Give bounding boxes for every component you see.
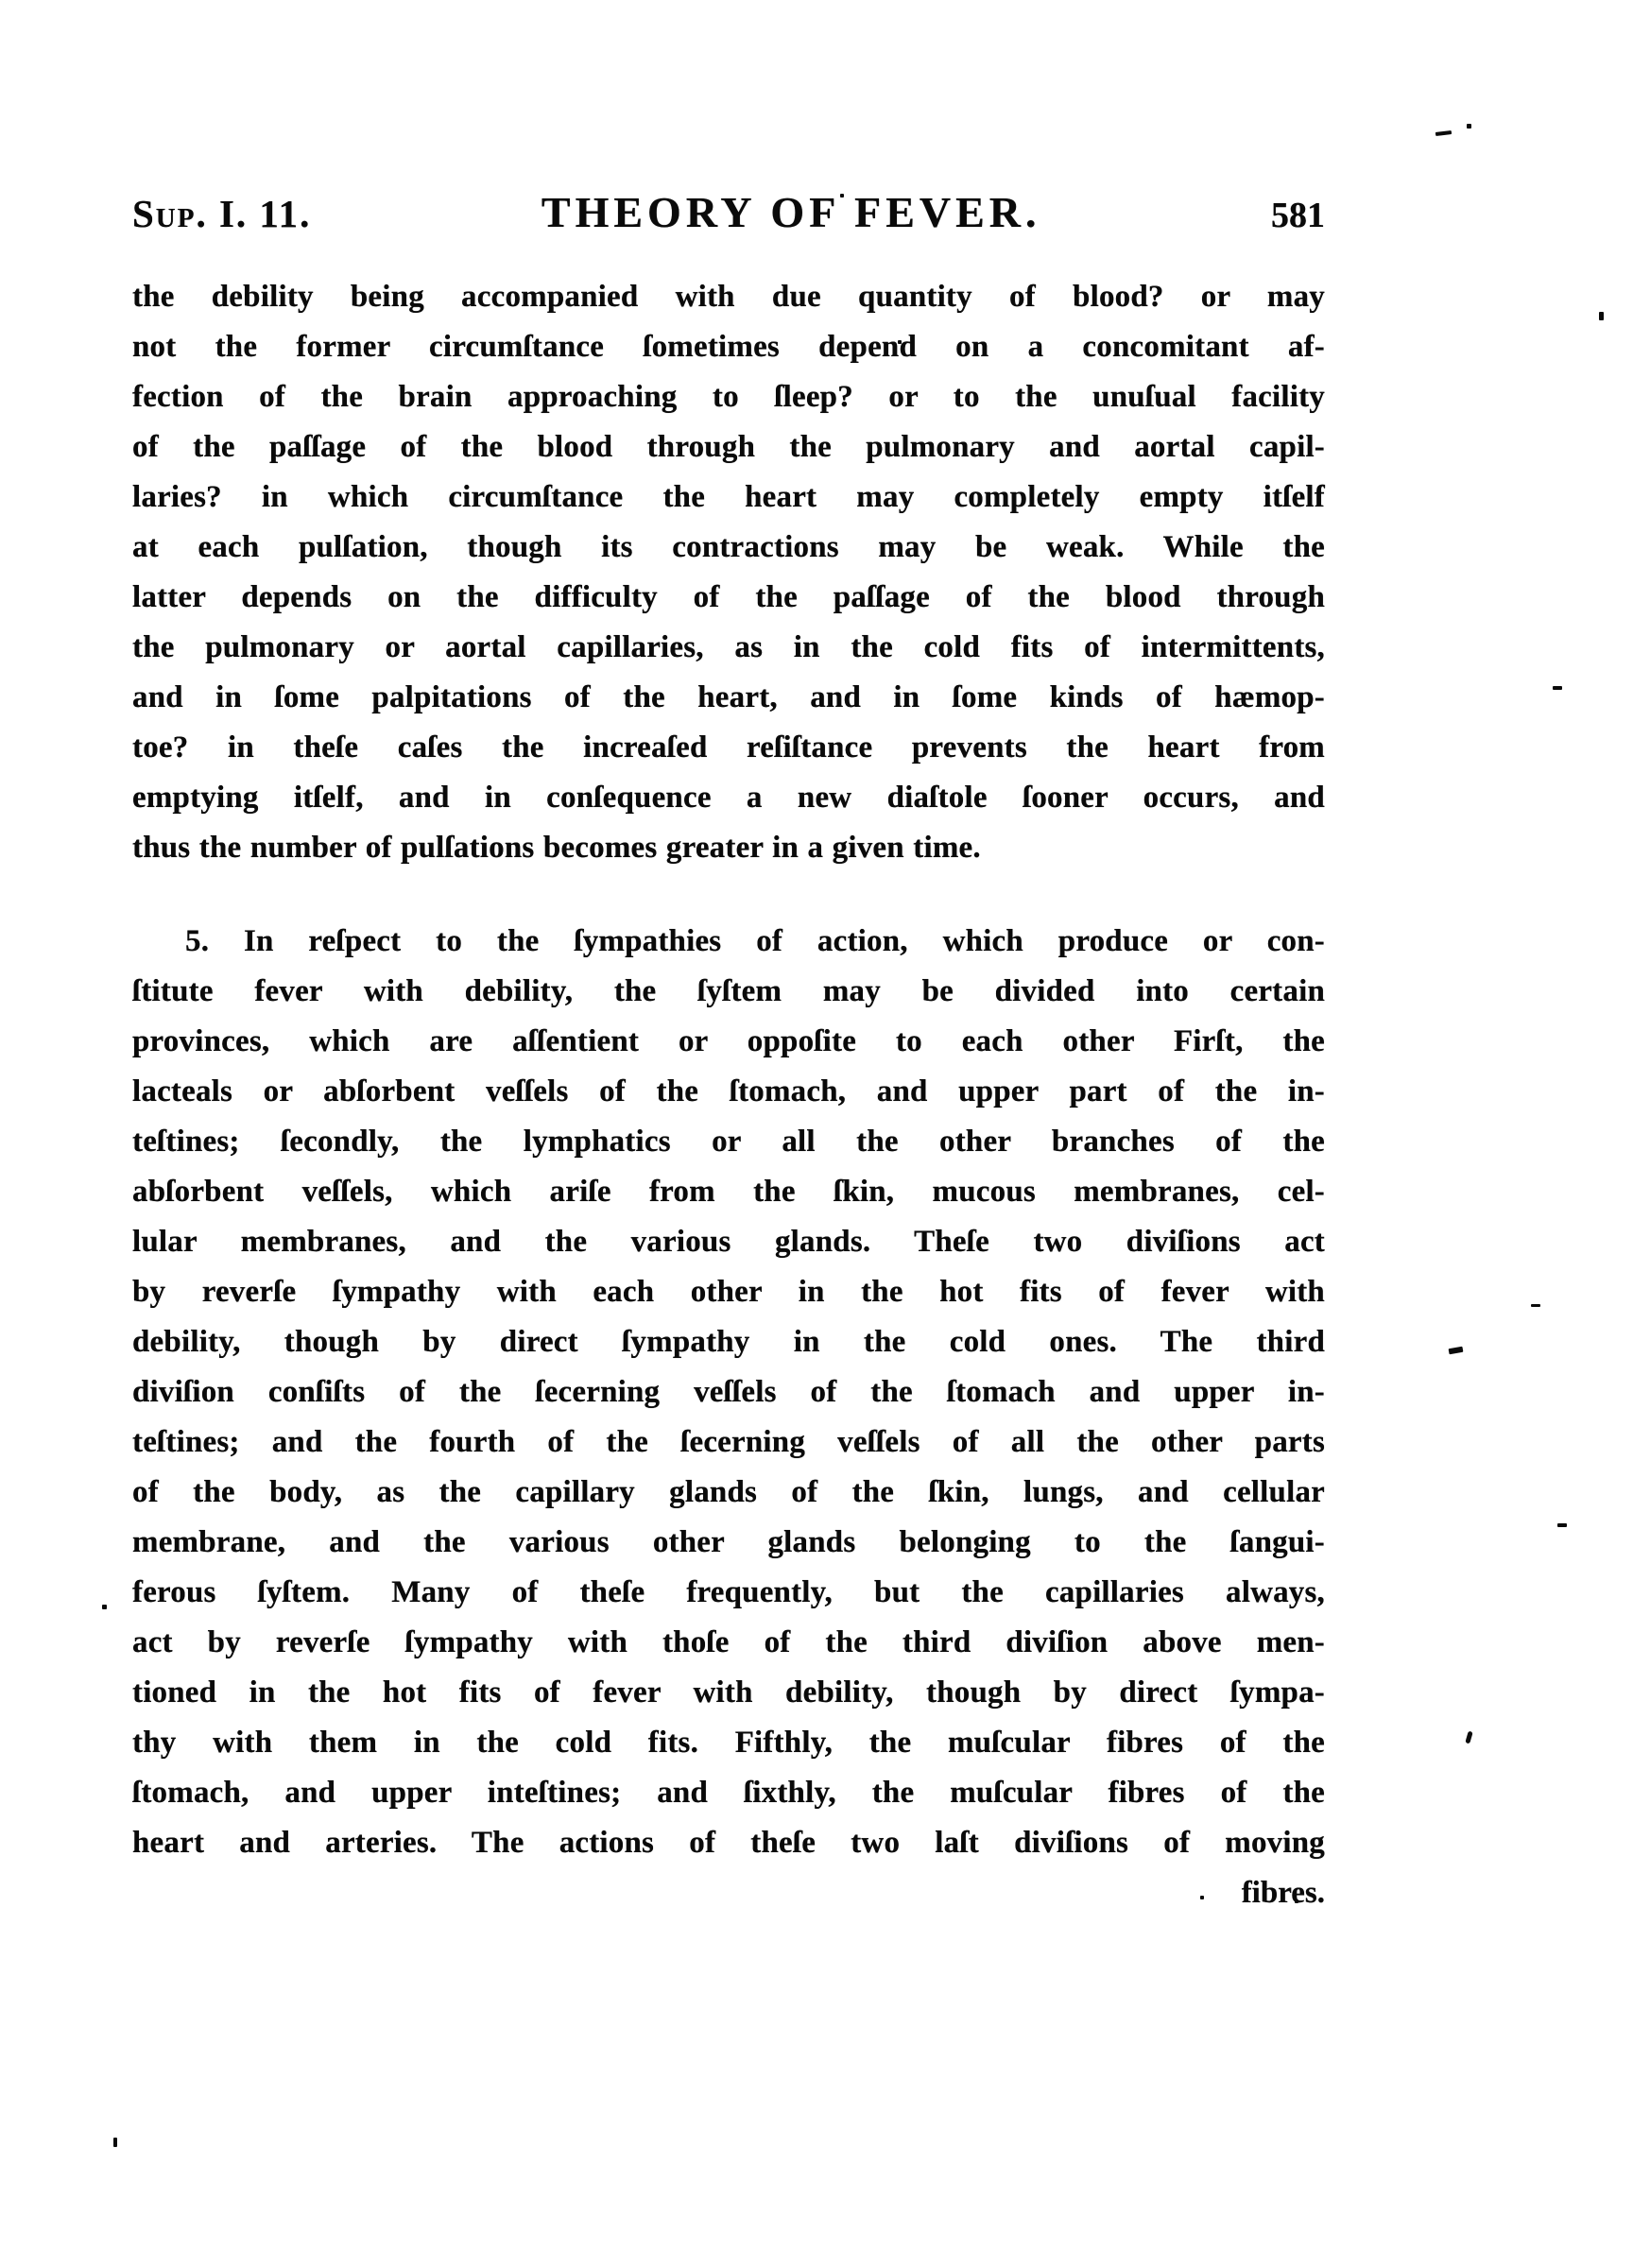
text-line: abſorbent veſſels, which ariſe from the … [132, 1167, 1325, 1217]
scan-artifact [1557, 1523, 1567, 1527]
text-line: teſtines; ſecondly, the lymphatics or al… [132, 1117, 1325, 1167]
page-title: THEORY OF FEVER. [311, 187, 1271, 237]
text-line: heart and arteries. The actions of theſe… [132, 1818, 1325, 1868]
text-line: of the body, as the capillary glands of … [132, 1468, 1325, 1518]
text-line: thus the number of pulſations becomes gr… [132, 823, 1325, 873]
scan-artifact [1465, 1731, 1472, 1744]
text-line: fection of the brain approaching to ſlee… [132, 372, 1325, 422]
text-line: tioned in the hot fits of fever with deb… [132, 1668, 1325, 1718]
scan-artifact [1553, 686, 1562, 690]
body-paragraph-2: 5. In reſpect to the ſympathies of actio… [132, 917, 1325, 1868]
scan-artifact [1200, 1896, 1204, 1899]
text-line: membrane, and the various other glands b… [132, 1518, 1325, 1568]
text-line: provinces, which are aſſentient or oppoſ… [132, 1017, 1325, 1067]
text-line: not the former circumſtance ſometimes de… [132, 322, 1325, 372]
text-line: latter depends on the difficulty of the … [132, 573, 1325, 623]
scan-artifact [1295, 1899, 1298, 1903]
text-line: lular membranes, and the various glands.… [132, 1217, 1325, 1267]
book-page-scan: Sup. I. 11. THEORY OF FEVER. 581 the deb… [0, 0, 1633, 2268]
scan-artifact [840, 194, 844, 198]
text-line: emptying itſelf, and in conſequence a ne… [132, 773, 1325, 823]
text-line: ſtomach, and upper inteſtines; and ſixth… [132, 1768, 1325, 1818]
catchword: fibres. [132, 1868, 1325, 1918]
scan-artifact [102, 1605, 107, 1609]
text-line: toe? in theſe caſes the increaſed reſiſt… [132, 723, 1325, 773]
text-line: teſtines; and the fourth of the ſecernin… [132, 1417, 1325, 1468]
text-line: ferous ſyſtem. Many of theſe frequently,… [132, 1568, 1325, 1618]
scan-artifact [1449, 1347, 1464, 1355]
text-line: at each pulſation, though its contractio… [132, 523, 1325, 573]
scan-artifact [898, 340, 902, 344]
text-line: by reverſe ſympathy with each other in t… [132, 1267, 1325, 1317]
text-line: of the paſſage of the blood through the … [132, 422, 1325, 472]
scan-artifact [1531, 1304, 1540, 1307]
text-line: laries? in which circumſtance the heart … [132, 472, 1325, 523]
text-line: the debility being accompanied with due … [132, 272, 1325, 322]
text-line: act by reverſe ſympathy with thoſe of th… [132, 1618, 1325, 1668]
header-page-number: 581 [1271, 195, 1325, 236]
text-line: the pulmonary or aortal capillaries, as … [132, 623, 1325, 673]
text-line: lacteals or abſorbent veſſels of the ſto… [132, 1067, 1325, 1117]
text-line: 5. In reſpect to the ſympathies of actio… [132, 917, 1325, 967]
body-paragraph-1: the debility being accompanied with due … [132, 272, 1325, 873]
scan-artifact [113, 2138, 117, 2147]
text-line: thy with them in the cold fits. Fifthly,… [132, 1718, 1325, 1768]
text-line: debility, though by direct ſympathy in t… [132, 1317, 1325, 1367]
header-signature: Sup. I. 11. [132, 191, 311, 236]
page-header: Sup. I. 11. THEORY OF FEVER. 581 [132, 187, 1325, 237]
text-line: diviſion conſiſts of the ſecerning veſſe… [132, 1367, 1325, 1417]
text-line: ſtitute fever with debility, the ſyſtem … [132, 967, 1325, 1017]
scan-artifact [1435, 130, 1452, 136]
scan-artifact [1599, 312, 1604, 320]
scan-artifact [1467, 124, 1471, 129]
text-line: and in ſome palpitations of the heart, a… [132, 673, 1325, 723]
